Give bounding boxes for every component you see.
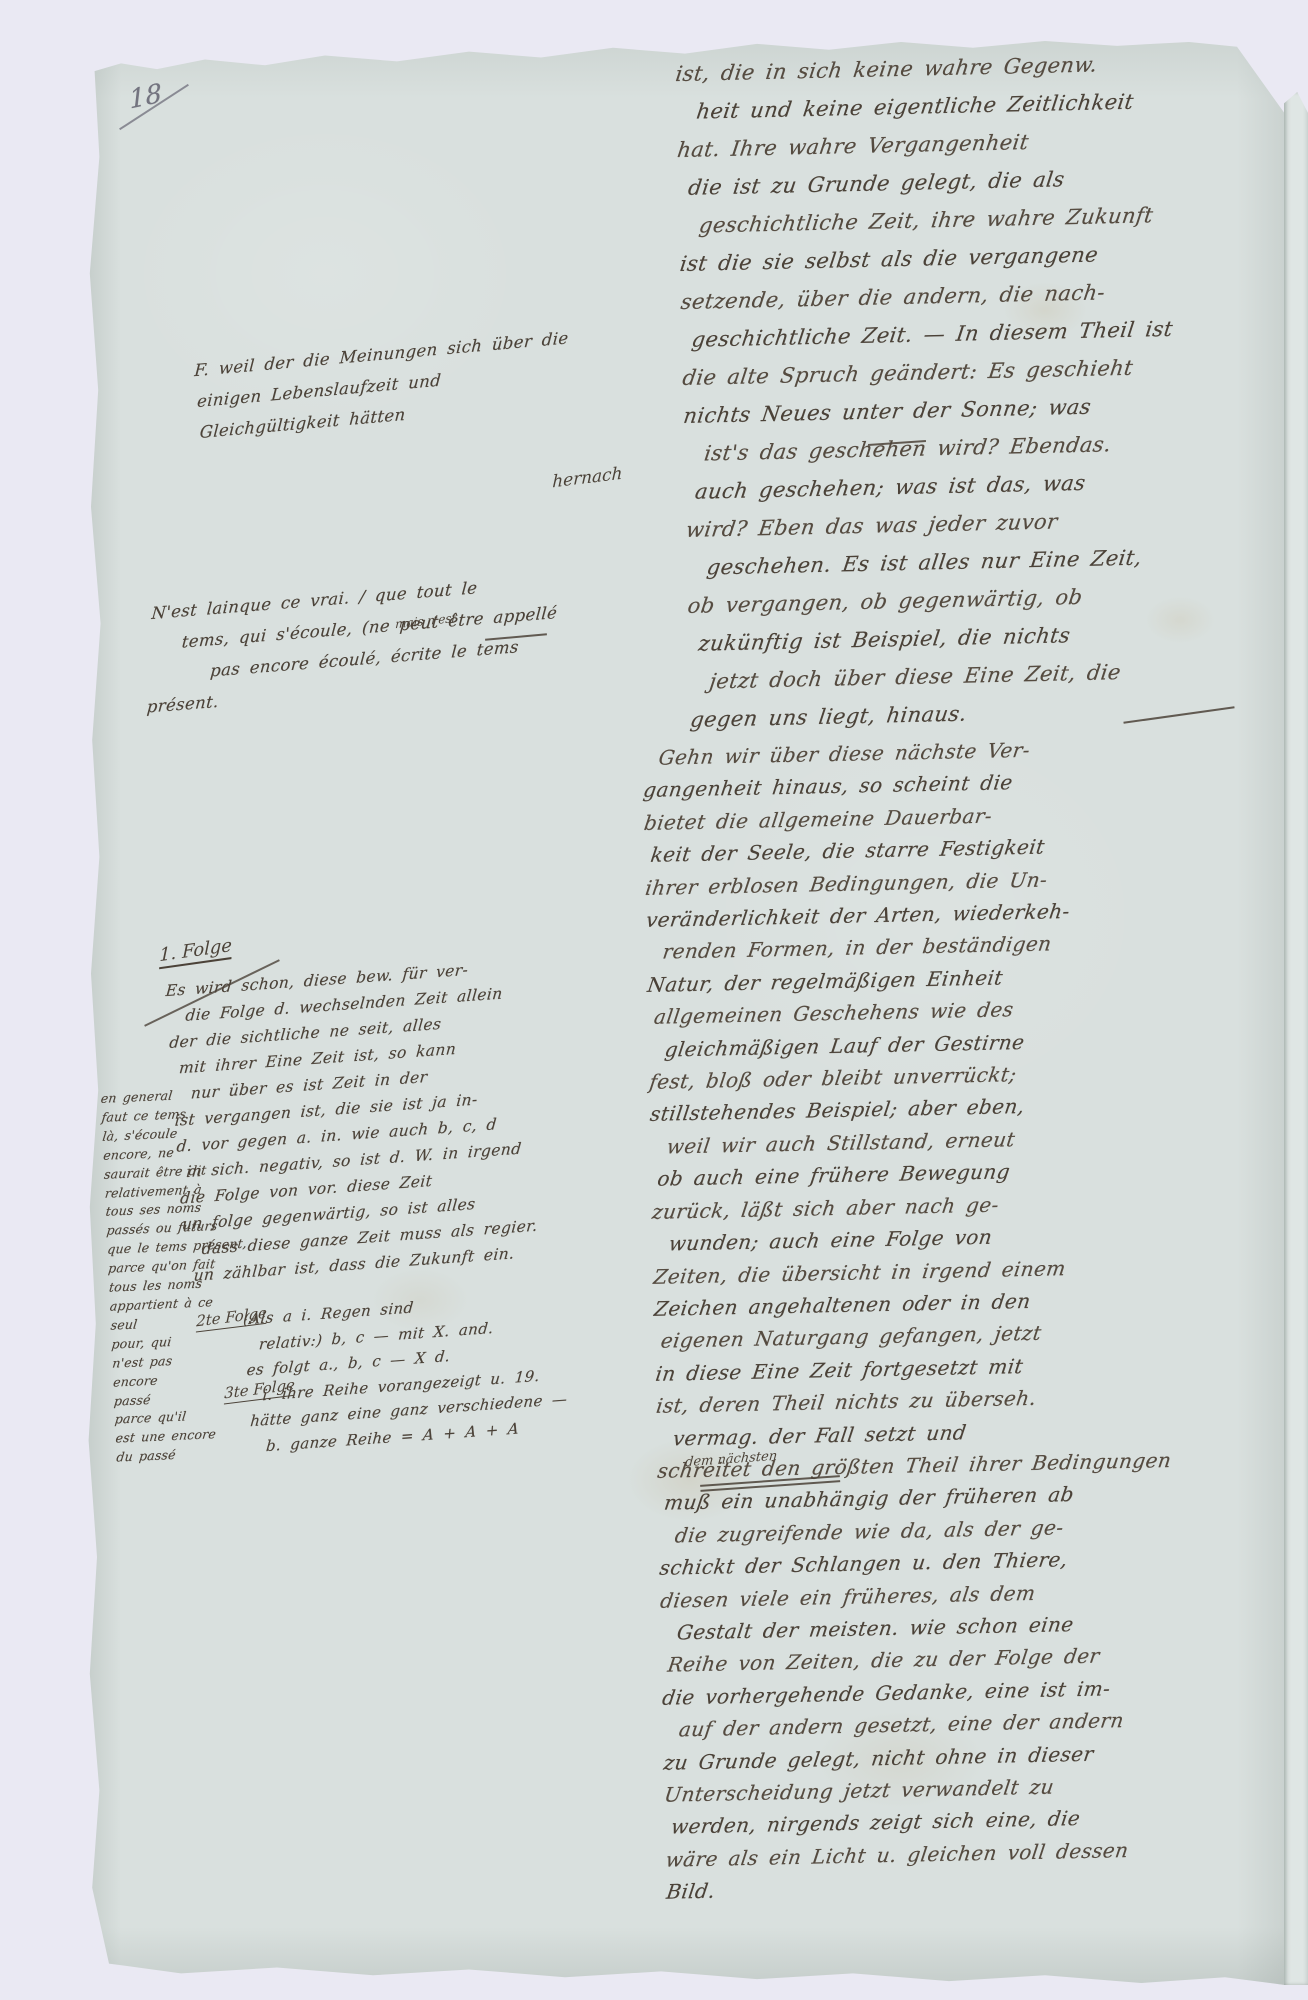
scanned-manuscript-page: { "page_number": "18", "colors": { "back… [0,0,1308,2000]
right-column-upper-text: ist, die in sich keine wahre Gegenw.heit… [672,41,1302,739]
paper-sheet: 18 F. weil der die Meinungen sich über d… [85,40,1285,1985]
right-column-lower-text: Gehn wir über diese nächste Ver-gangenhe… [640,728,1308,1908]
french-quote-block: N'est lainque ce vrai. / que tout letems… [136,561,624,722]
folge-notes-block: (Als a i. Regen sindrelativ:) b, c — mit… [240,1277,690,1460]
gutter-word: hernach [552,464,623,493]
left-note-block: F. weil der die Meinungen sich über diee… [165,323,572,451]
page-fold-edge [1284,92,1308,1985]
margin-notes-block: en generalfaut ce temslà, s'écouleencore… [99,1082,285,1467]
section-heading-1-folge: 1. Folge [159,935,232,969]
